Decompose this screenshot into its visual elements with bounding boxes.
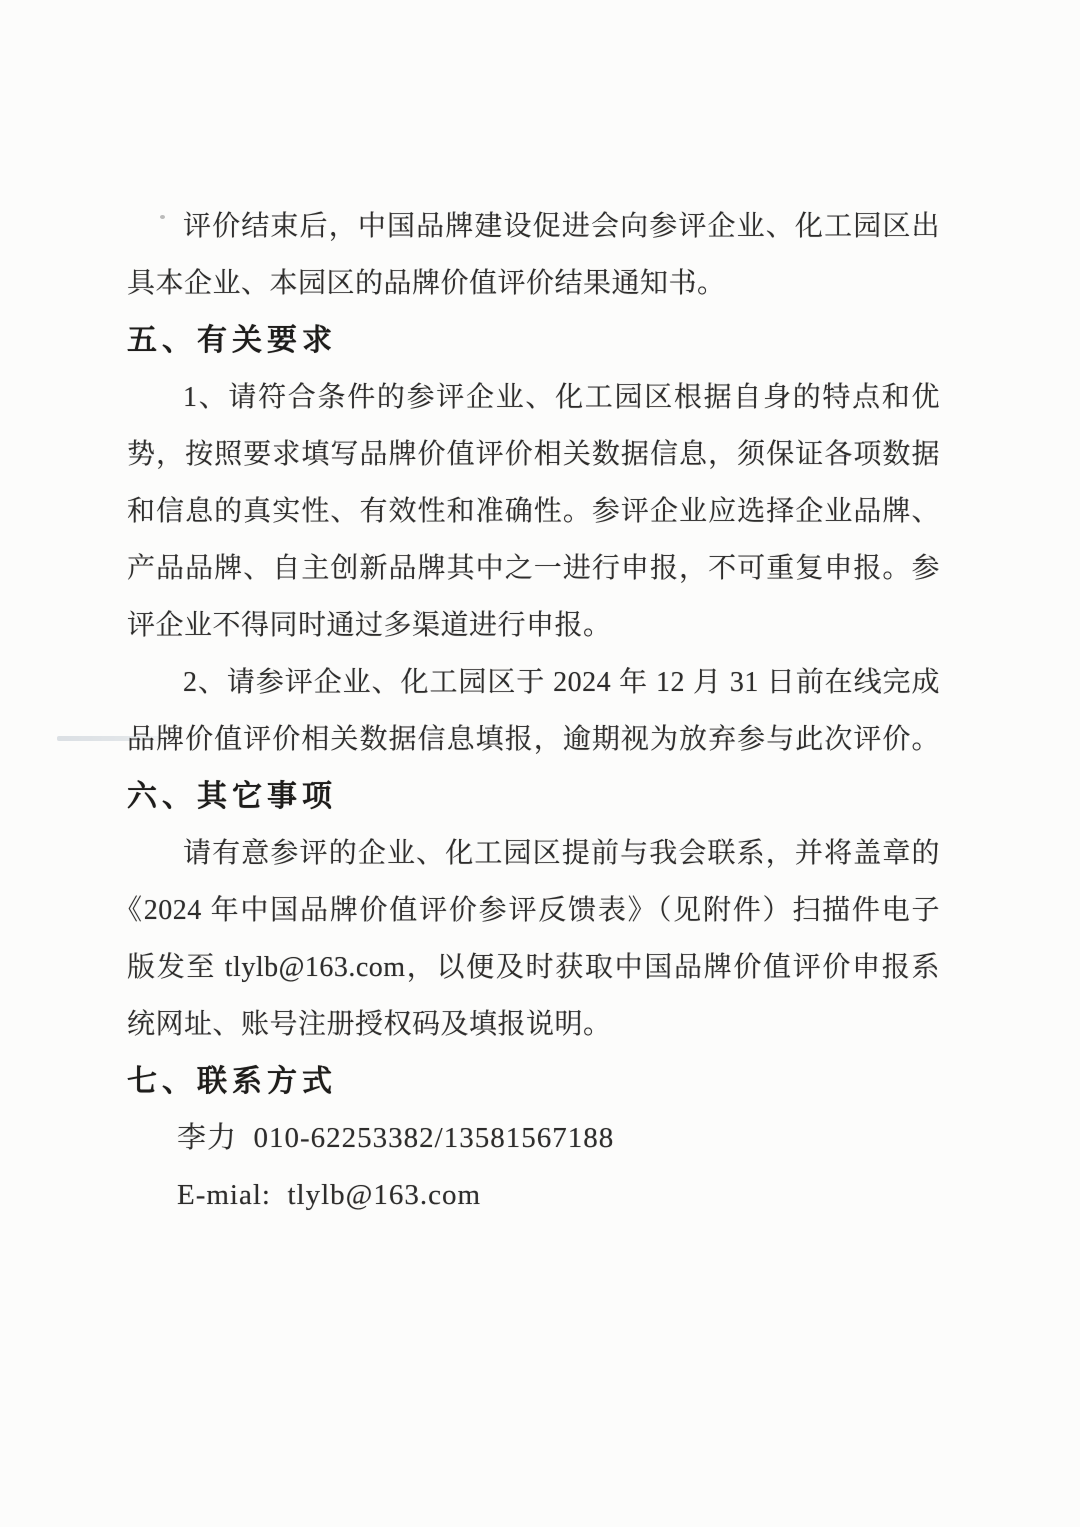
doc-line: 2、请参评企业、化工园区于 2024 年 12 月 31 日前在线完成 [127, 654, 940, 711]
doc-line: 统网址、账号注册授权码及填报说明。 [127, 996, 940, 1053]
doc-line: 产品品牌、自主创新品牌其中之一进行申报，不可重复申报。参 [127, 540, 940, 597]
doc-line: 具本企业、本园区的品牌价值评价结果通知书。 [127, 255, 940, 312]
doc-line: 评企业不得同时通过多渠道进行申报。 [127, 597, 940, 654]
doc-line: 《2024 年中国品牌价值评价参评反馈表》（见附件）扫描件电子 [114, 882, 940, 939]
section-heading-6: 六、其它事项 [127, 768, 940, 825]
doc-line: 评价结束后，中国品牌建设促进会向参评企业、化工园区出 [127, 198, 940, 255]
doc-line: 品牌价值评价相关数据信息填报，逾期视为放弃参与此次评价。 [127, 711, 940, 768]
contact-email-line: E-mial: tlylb@163.com [127, 1167, 940, 1224]
doc-line: 请有意参评的企业、化工园区提前与我会联系，并将盖章的 [127, 825, 940, 882]
contact-phone-line: 李力 010-62253382/13581567188 [127, 1110, 940, 1167]
doc-line: 和信息的真实性、有效性和准确性。参评企业应选择企业品牌、 [127, 483, 940, 540]
scanned-document-page: 评价结束后，中国品牌建设促进会向参评企业、化工园区出 具本企业、本园区的品牌价值… [0, 0, 1080, 1527]
doc-line: 版发至 tlylb@163.com，以便及时获取中国品牌价值评价申报系 [127, 939, 940, 996]
section-heading-5: 五、有关要求 [127, 312, 940, 369]
section-heading-7: 七、联系方式 [127, 1053, 940, 1110]
document-text-column: 评价结束后，中国品牌建设促进会向参评企业、化工园区出 具本企业、本园区的品牌价值… [127, 198, 940, 1224]
doc-line: 势，按照要求填写品牌价值评价相关数据信息，须保证各项数据 [127, 426, 940, 483]
doc-line: 1、请符合条件的参评企业、化工园区根据自身的特点和优 [127, 369, 940, 426]
